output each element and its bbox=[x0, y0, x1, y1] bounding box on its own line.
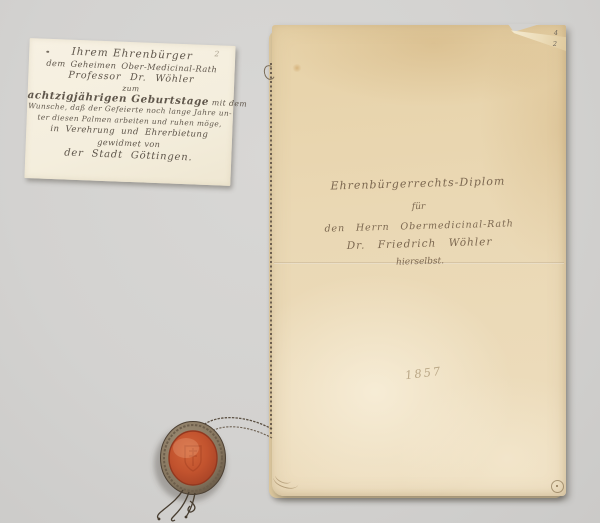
corner-pencil-mark: 4 bbox=[554, 29, 558, 37]
corner-pencil-mark: 2 bbox=[553, 40, 557, 48]
tassel-knot bbox=[158, 518, 161, 521]
wax-seal-group bbox=[120, 398, 290, 523]
tassel-knot bbox=[185, 516, 188, 519]
card-text: Ihrem Ehrenbürger dem Geheimen Ober-Medi… bbox=[25, 45, 235, 165]
archive-photo: 2 Ihrem Ehrenbürger dem Geheimen Ober-Me… bbox=[0, 0, 600, 523]
binding-cord bbox=[270, 63, 272, 435]
diploma-line: Dr. Friedrich Wöhler bbox=[273, 234, 567, 254]
card-line-rest: mit dem bbox=[209, 98, 248, 108]
year-pencil-mark: 1857 bbox=[404, 364, 443, 382]
diploma-line: für bbox=[271, 198, 565, 216]
dedication-card: 2 Ihrem Ehrenbürger dem Geheimen Ober-Me… bbox=[24, 38, 235, 186]
seal-wax-sheen bbox=[173, 438, 199, 458]
circle-mark bbox=[551, 480, 564, 493]
diploma-line: den Herrn Obermedicinal-Rath bbox=[272, 217, 566, 236]
diploma-line: hierselbst. bbox=[273, 253, 567, 271]
binding-cord-loop bbox=[262, 64, 276, 81]
stain bbox=[292, 64, 302, 72]
diploma-title-line: Ehrenbürgerrechts-Diplom bbox=[271, 173, 565, 194]
diploma-cover: 4 2 Ehrenbürgerrechts-Diplom für den Her… bbox=[272, 25, 566, 496]
diploma-inscription: Ehrenbürgerrechts-Diplom für den Herrn O… bbox=[271, 173, 567, 271]
